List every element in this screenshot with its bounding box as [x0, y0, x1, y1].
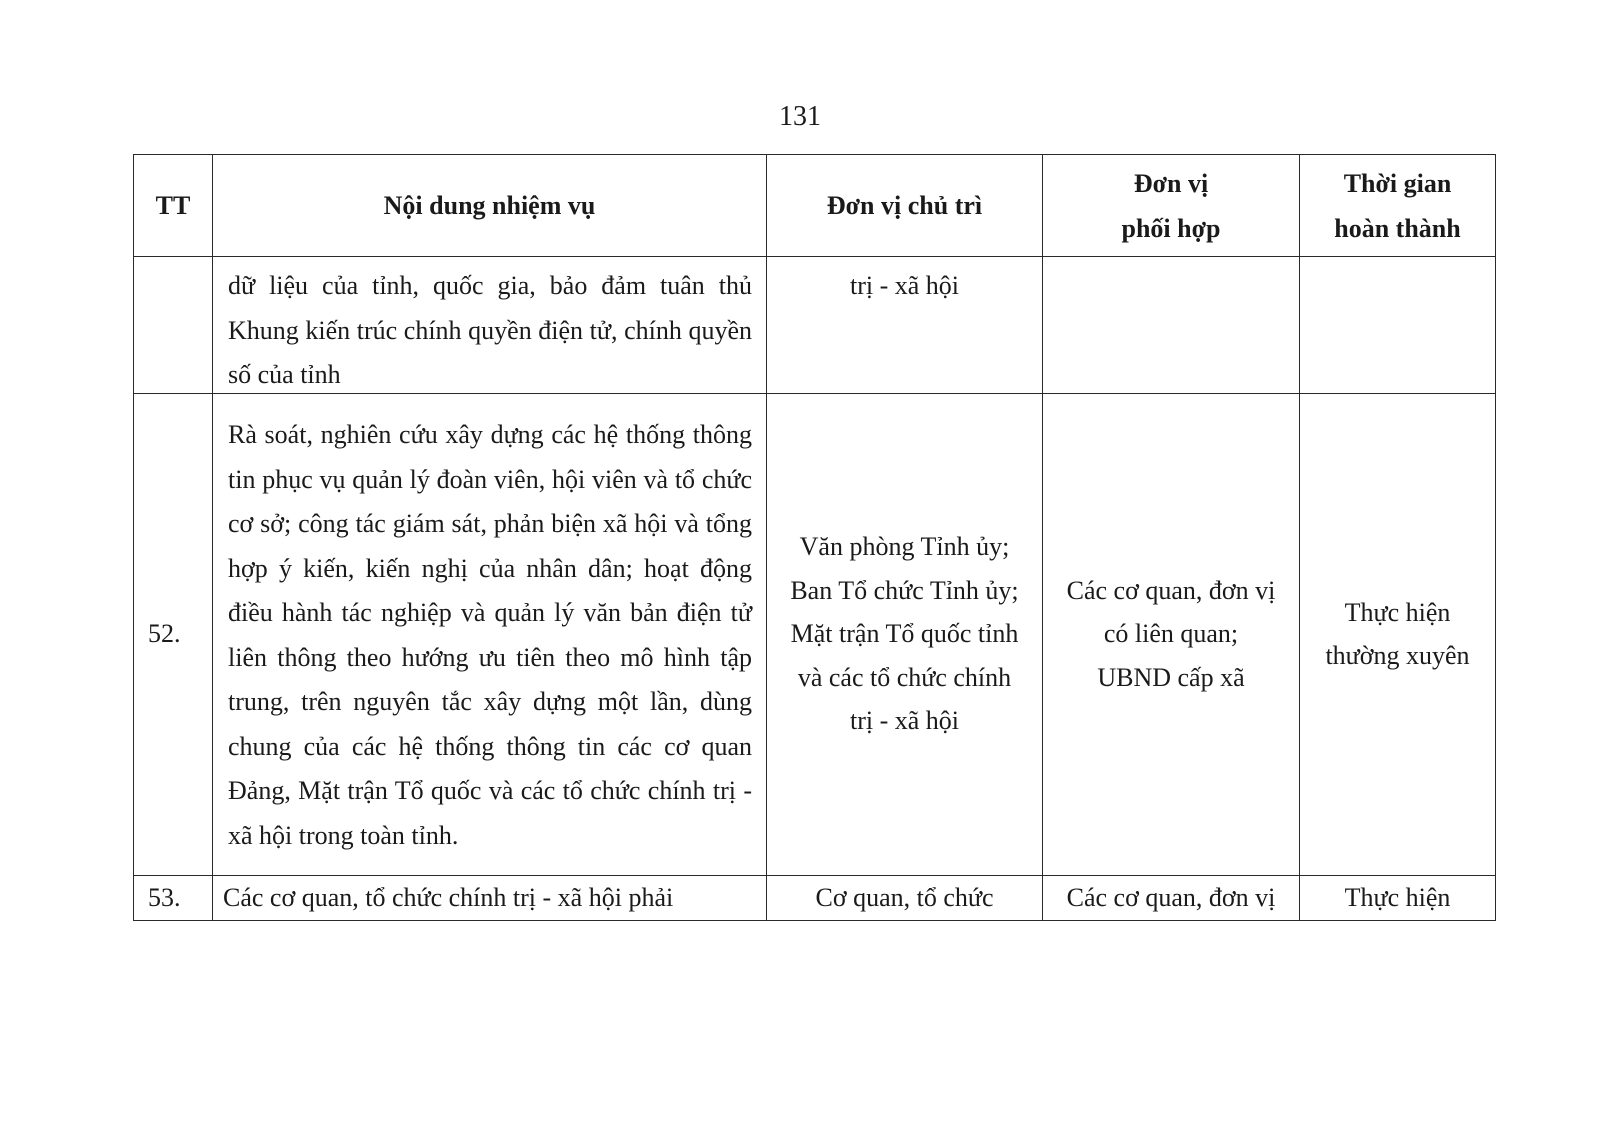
cell-lead-unit: trị - xã hội — [767, 257, 1043, 394]
header-content: Nội dung nhiệm vụ — [213, 155, 767, 257]
header-tt-label: TT — [156, 191, 191, 220]
cell-content: dữ liệu của tỉnh, quốc gia, bảo đảm tuân… — [213, 257, 767, 394]
header-coordinating-unit: Đơn vị phối hợp — [1043, 155, 1300, 257]
cell-coordinating-unit: Các cơ quan, đơn vị — [1043, 875, 1300, 920]
cell-tt — [134, 257, 213, 394]
lead-unit-text: trị - xã hội — [767, 264, 1042, 308]
lead-unit-line: trị - xã hội — [767, 699, 1042, 743]
header-coordinating-unit-line1: Đơn vị — [1043, 161, 1299, 206]
header-deadline: Thời gian hoàn thành — [1300, 155, 1496, 257]
header-lead-unit-label: Đơn vị chủ trì — [827, 191, 982, 220]
table-row: 52. Rà soát, nghiên cứu xây dựng các hệ … — [134, 393, 1496, 875]
task-table: TT Nội dung nhiệm vụ Đơn vị chủ trì Đơn … — [133, 154, 1496, 921]
header-deadline-line2: hoàn thành — [1300, 206, 1495, 251]
deadline-line: Thực hiện — [1300, 591, 1495, 635]
tt-value: 53. — [148, 878, 212, 918]
content-text: Các cơ quan, tổ chức chính trị - xã hội … — [223, 878, 752, 918]
table-header-row: TT Nội dung nhiệm vụ Đơn vị chủ trì Đơn … — [134, 155, 1496, 257]
coordinating-unit-line: UBND cấp xã — [1043, 656, 1299, 700]
table-row: 53. Các cơ quan, tổ chức chính trị - xã … — [134, 875, 1496, 920]
header-lead-unit: Đơn vị chủ trì — [767, 155, 1043, 257]
coordinating-unit-line: có liên quan; — [1043, 612, 1299, 656]
cell-deadline — [1300, 257, 1496, 394]
lead-unit-line: và các tổ chức chính — [767, 656, 1042, 700]
cell-tt: 52. — [134, 393, 213, 875]
cell-deadline: Thực hiện thường xuyên — [1300, 393, 1496, 875]
coordinating-unit-line: Các cơ quan, đơn vị — [1043, 569, 1299, 613]
lead-unit-text: Cơ quan, tổ chức — [767, 878, 1042, 918]
deadline-text: Thực hiện — [1300, 878, 1495, 918]
lead-unit-line: Ban Tổ chức Tỉnh ủy; — [767, 569, 1042, 613]
cell-content: Rà soát, nghiên cứu xây dựng các hệ thốn… — [213, 393, 767, 875]
page-number: 131 — [0, 100, 1600, 134]
cell-deadline: Thực hiện — [1300, 875, 1496, 920]
cell-lead-unit: Cơ quan, tổ chức — [767, 875, 1043, 920]
deadline-line: thường xuyên — [1300, 634, 1495, 678]
table-row: dữ liệu của tỉnh, quốc gia, bảo đảm tuân… — [134, 257, 1496, 394]
header-tt: TT — [134, 155, 213, 257]
cell-tt: 53. — [134, 875, 213, 920]
cell-content: Các cơ quan, tổ chức chính trị - xã hội … — [213, 875, 767, 920]
header-deadline-line1: Thời gian — [1300, 161, 1495, 206]
cell-coordinating-unit — [1043, 257, 1300, 394]
lead-unit-line: Văn phòng Tỉnh ủy; — [767, 525, 1042, 569]
cell-coordinating-unit: Các cơ quan, đơn vị có liên quan; UBND c… — [1043, 393, 1300, 875]
cell-lead-unit: Văn phòng Tỉnh ủy; Ban Tổ chức Tỉnh ủy; … — [767, 393, 1043, 875]
content-text: dữ liệu của tỉnh, quốc gia, bảo đảm tuân… — [228, 264, 752, 398]
tt-value: 52. — [148, 612, 212, 657]
header-coordinating-unit-line2: phối hợp — [1043, 206, 1299, 251]
header-content-label: Nội dung nhiệm vụ — [384, 191, 596, 220]
lead-unit-line: Mặt trận Tổ quốc tỉnh — [767, 612, 1042, 656]
content-text: Rà soát, nghiên cứu xây dựng các hệ thốn… — [228, 413, 752, 858]
coordinating-unit-text: Các cơ quan, đơn vị — [1043, 878, 1299, 918]
